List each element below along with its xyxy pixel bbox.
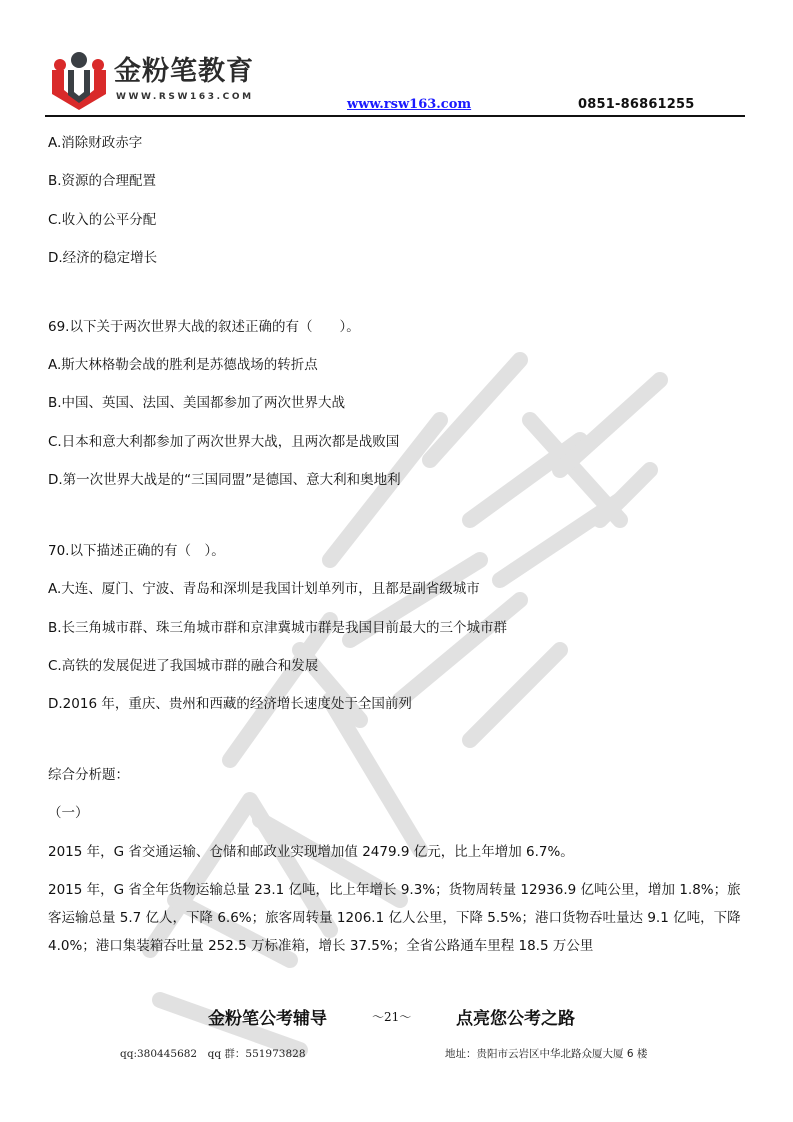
q69-option-c: C.日本和意大利都参加了两次世界大战，且两次都是战败国 bbox=[48, 433, 399, 451]
page-footer: 金粉笔公考辅导 ～21～ 点亮您公考之路 bbox=[0, 1004, 793, 1028]
footer-address: 地址：贵阳市云岩区中华北路众厦大厦 6 楼 bbox=[445, 1046, 647, 1061]
q69-stem: 69.以下关于两次世界大战的叙述正确的有（ ）。 bbox=[48, 318, 360, 336]
header-divider bbox=[45, 115, 745, 117]
q68-option-d: D.经济的稳定增长 bbox=[48, 249, 157, 267]
footer-qq: qq:380445682 qq 群：551973828 bbox=[120, 1046, 306, 1061]
website-link[interactable]: www.rsw163.com bbox=[347, 97, 471, 112]
analysis-title: 综合分析题： bbox=[48, 766, 129, 784]
q70-stem: 70.以下描述正确的有（ ）。 bbox=[48, 542, 225, 560]
page-header: 金粉笔教育 WWW.RSW163.COM www.rsw163.com 0851… bbox=[0, 0, 793, 120]
brand-logo: 金粉笔教育 WWW.RSW163.COM bbox=[50, 50, 290, 112]
footer-contact: qq:380445682 qq 群：551973828 地址：贵阳市云岩区中华北… bbox=[0, 1046, 793, 1062]
analysis-section-number: （一） bbox=[48, 804, 89, 822]
q68-option-a: A.消除财政赤字 bbox=[48, 134, 142, 152]
q68-option-c: C.收入的公平分配 bbox=[48, 211, 156, 229]
phone-number: 0851-86861255 bbox=[578, 97, 695, 112]
q68-option-b: B.资源的合理配置 bbox=[48, 172, 156, 190]
brand-url: WWW.RSW163.COM bbox=[116, 92, 254, 102]
page-number: ～21～ bbox=[372, 1008, 411, 1025]
q69-option-a: A.斯大林格勒会战的胜利是苏德战场的转折点 bbox=[48, 356, 318, 374]
q70-option-d: D.2016 年，重庆、贵州和西藏的经济增长速度处于全国前列 bbox=[48, 695, 412, 713]
footer-slogan-left: 金粉笔公考辅导 bbox=[208, 1004, 327, 1029]
analysis-paragraph-2: 2015 年，G 省全年货物运输总量 23.1 亿吨，比上年增长 9.3%；货物… bbox=[48, 876, 748, 960]
analysis-paragraph-1: 2015 年，G 省交通运输、仓储和邮政业实现增加值 2479.9 亿元，比上年… bbox=[48, 843, 574, 861]
q70-option-c: C.高铁的发展促进了我国城市群的融合和发展 bbox=[48, 657, 318, 675]
footer-slogan-right: 点亮您公考之路 bbox=[456, 1004, 575, 1029]
q70-option-b: B.长三角城市群、珠三角城市群和京津冀城市群是我国目前最大的三个城市群 bbox=[48, 619, 507, 637]
q69-option-d: D.第一次世界大战是的“三国同盟”是德国、意大利和奥地利 bbox=[48, 471, 401, 489]
q70-option-a: A.大连、厦门、宁波、青岛和深圳是我国计划单列市，且都是副省级城市 bbox=[48, 580, 480, 598]
brand-name: 金粉笔教育 bbox=[114, 56, 254, 88]
q69-option-b: B.中国、英国、法国、美国都参加了两次世界大战 bbox=[48, 394, 345, 412]
logo-emblem-icon bbox=[50, 50, 108, 112]
